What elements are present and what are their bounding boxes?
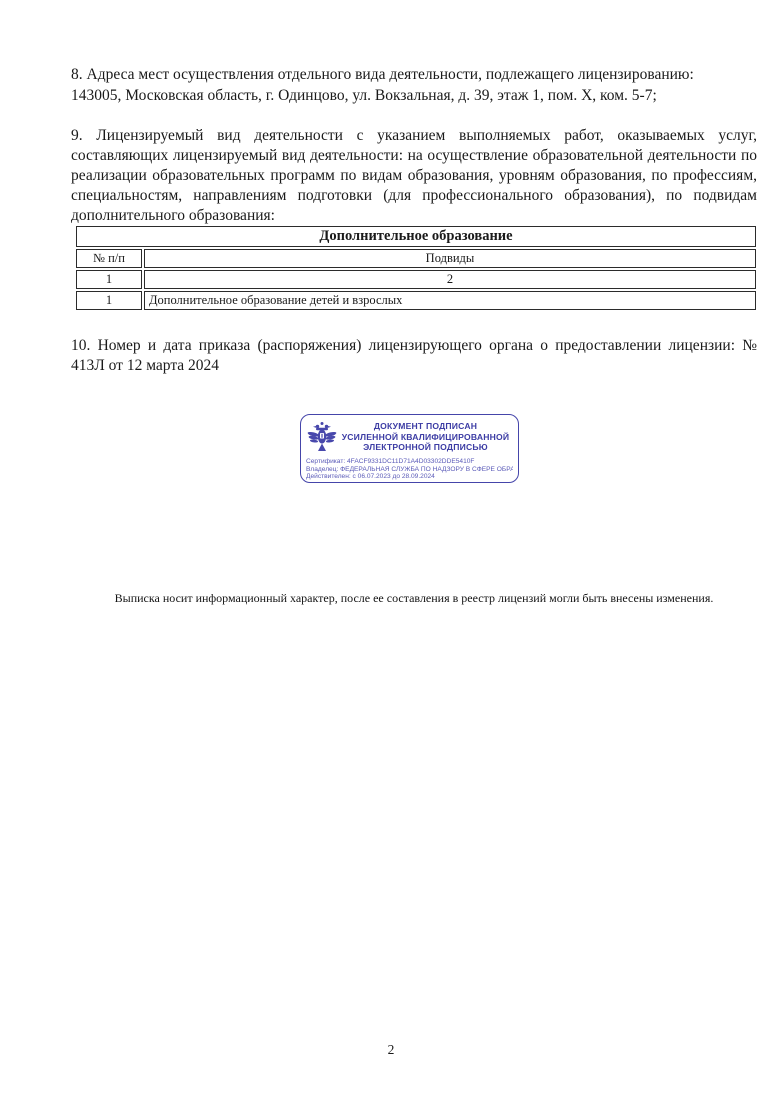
- paragraph-9: 9. Лицензируемый вид деятельности с указ…: [71, 126, 757, 226]
- stamp-title: ДОКУМЕНТ ПОДПИСАН УСИЛЕННОЙ КВАЛИФИЦИРОВ…: [338, 421, 513, 452]
- additional-education-table: Дополнительное образование № п/п Подвиды…: [74, 224, 758, 312]
- column-header-number: № п/п: [76, 249, 142, 268]
- column-number-1: 1: [76, 270, 142, 289]
- column-number-2: 2: [144, 270, 756, 289]
- row-subtype-cell: Дополнительное образование детей и взрос…: [144, 291, 756, 310]
- table-title-row: Дополнительное образование: [76, 226, 756, 247]
- table-column-numbers-row: 1 2: [76, 270, 756, 289]
- stamp-details: Сертификат: 4FACF9331DC11D71A4D03302DDE5…: [306, 458, 513, 481]
- russian-coat-of-arms-icon: [306, 419, 338, 455]
- document-page: 8. Адреса мест осуществления отдельного …: [0, 0, 782, 1100]
- table-row: 1 Дополнительное образование детей и взр…: [76, 291, 756, 310]
- informational-note: Выписка носит информационный характер, п…: [71, 591, 757, 606]
- row-index-cell: 1: [76, 291, 142, 310]
- stamp-certificate: Сертификат: 4FACF9331DC11D71A4D03302DDE5…: [306, 458, 513, 466]
- paragraph-10: 10. Номер и дата приказа (распоряжения) …: [71, 336, 757, 376]
- stamp-header: ДОКУМЕНТ ПОДПИСАН УСИЛЕННОЙ КВАЛИФИЦИРОВ…: [306, 419, 513, 455]
- digital-signature-stamp: ДОКУМЕНТ ПОДПИСАН УСИЛЕННОЙ КВАЛИФИЦИРОВ…: [300, 414, 519, 483]
- table-header-row: № п/п Подвиды: [76, 249, 756, 268]
- stamp-title-line1: ДОКУМЕНТ ПОДПИСАН: [338, 421, 513, 431]
- stamp-validity: Действителен: с 06.07.2023 до 28.09.2024: [306, 473, 513, 481]
- paragraph-8: 8. Адреса мест осуществления отдельного …: [71, 64, 757, 106]
- stamp-title-line3: ЭЛЕКТРОННОЙ ПОДПИСЬЮ: [338, 442, 513, 452]
- paragraph-8-heading: 8. Адреса мест осуществления отдельного …: [71, 64, 757, 85]
- stamp-title-line2: УСИЛЕННОЙ КВАЛИФИЦИРОВАННОЙ: [338, 432, 513, 442]
- table-title: Дополнительное образование: [76, 226, 756, 247]
- paragraph-8-address: 143005, Московская область, г. Одинцово,…: [71, 85, 757, 106]
- column-header-subtypes: Подвиды: [144, 249, 756, 268]
- page-number: 2: [0, 1042, 782, 1058]
